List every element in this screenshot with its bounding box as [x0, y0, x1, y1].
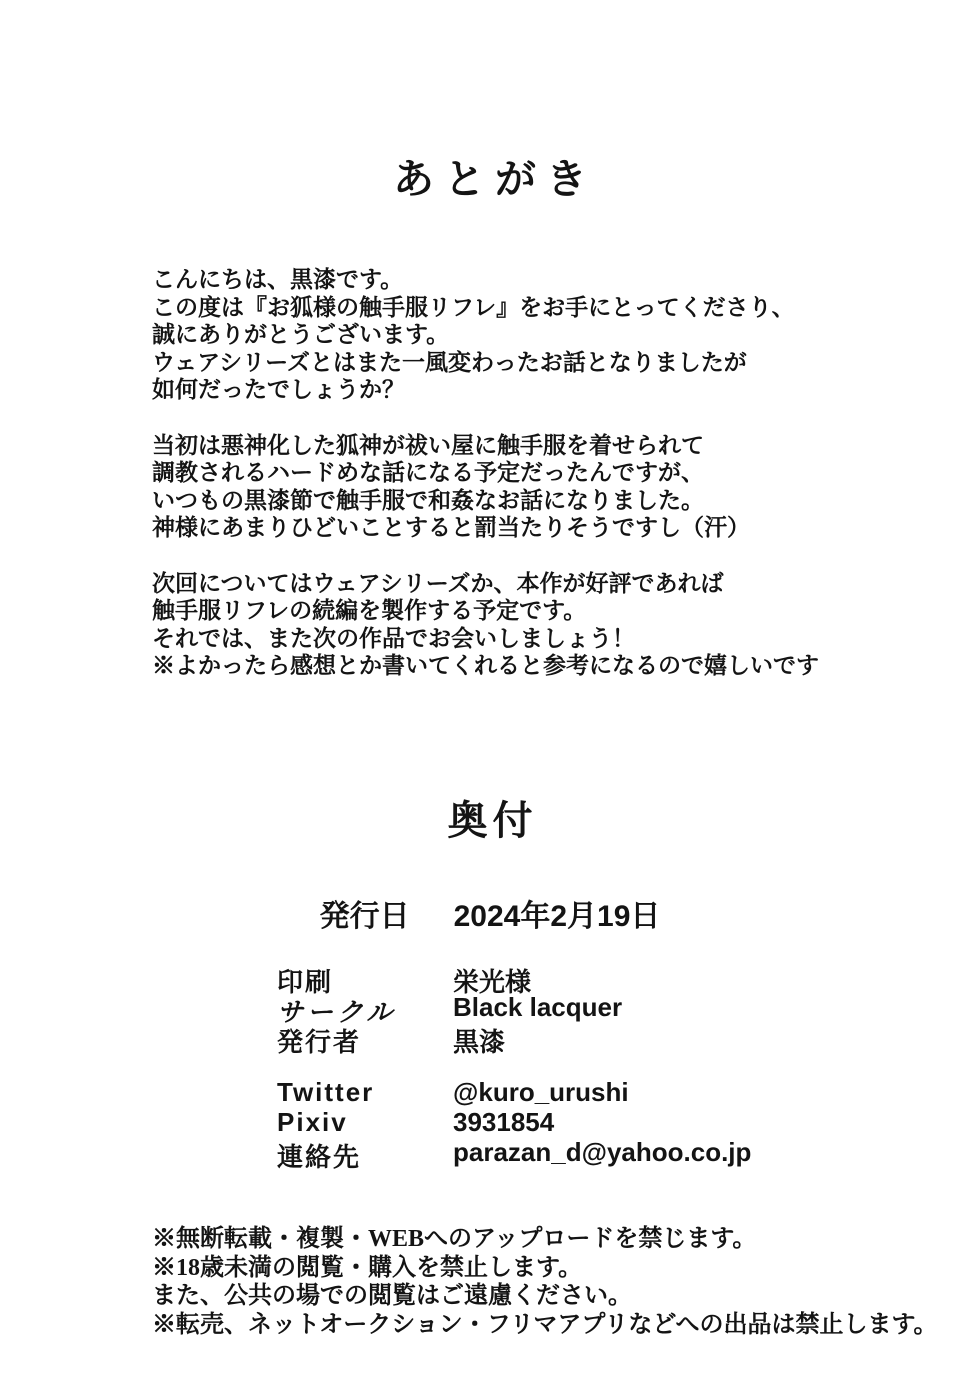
afterword-body: こんにちは、黒漆です。この度は『お狐様の触手服リフレ』をお手にとってくださり、誠…: [152, 266, 932, 680]
credit-value: 黒漆: [453, 1022, 505, 1059]
afterword-title: あとがき: [0, 146, 980, 205]
body-text-line: 次回についてはウェアシリーズか、本作が好評であれば: [152, 570, 932, 598]
contact-label: 連絡先: [277, 1137, 453, 1174]
afterword-paragraph-2: 当初は悪神化した狐神が祓い屋に触手服を着せられて調教されるハードめな話になる予定…: [152, 432, 932, 542]
contacts-list: Twitter @kuro_urushi Pixiv 3931854 連絡先 p…: [277, 1077, 751, 1167]
contact-value: @kuro_urushi: [453, 1077, 629, 1108]
contact-value: 3931854: [453, 1107, 554, 1138]
contact-label: Twitter: [277, 1077, 453, 1108]
publication-date-row: 発行日 2024年2月19日: [0, 891, 980, 935]
publication-date-value: 2024年2月19日: [454, 891, 661, 935]
contact-row: Twitter @kuro_urushi: [277, 1077, 751, 1107]
contact-label: Pixiv: [277, 1107, 453, 1138]
body-text-line: 当初は悪神化した狐神が祓い屋に触手服を着せられて: [152, 432, 932, 460]
body-text-line: この度は『お狐様の触手服リフレ』をお手にとってくださり、: [152, 294, 932, 322]
contact-value: parazan_d@yahoo.co.jp: [453, 1137, 751, 1168]
body-text-line: 誠にありがとうございます。: [152, 321, 932, 349]
credit-row: 発行者 黒漆: [277, 1022, 622, 1052]
notice-line: ※無断転載・複製・WEBへのアップロードを禁じます。: [152, 1225, 942, 1254]
notice-line: ※18歳未満の閲覧・購入を禁止します。: [152, 1254, 942, 1283]
credit-row: 印刷 栄光様: [277, 962, 622, 992]
notice-line: ※転売、ネットオークション・フリマアプリなどへの出品は禁止します。: [152, 1311, 942, 1340]
body-text-line: 調教されるハードめな話になる予定だったんですが、: [152, 459, 932, 487]
body-text-line: 如何だったでしょうか？: [152, 376, 932, 404]
credit-value: Black lacquer: [453, 992, 622, 1023]
body-text-line: ウェアシリーズとはまた一風変わったお話となりましたが: [152, 349, 932, 377]
afterword-paragraph-3: 次回についてはウェアシリーズか、本作が好評であれば触手服リフレの続編を製作する予…: [152, 570, 932, 680]
credit-label: 発行者: [277, 1022, 453, 1059]
publication-date-label: 発行日: [320, 891, 410, 935]
colophon-title: 奥付: [0, 789, 980, 846]
body-text-line: こんにちは、黒漆です。: [152, 266, 932, 294]
body-text-line: いつもの黒漆節で触手服で和姦なお話になりました。: [152, 487, 932, 515]
body-text-line: それでは、また次の作品でお会いしましょう！: [152, 625, 932, 653]
notice-line: また、公共の場での閲覧はご遠慮ください。: [152, 1282, 942, 1311]
body-text-line: 神様にあまりひどいことすると罰当たりそうですし（汗）: [152, 514, 932, 542]
body-text-line: ※よかったら感想とか書いてくれると参考になるので嬉しいです: [152, 652, 932, 680]
afterword-paragraph-1: こんにちは、黒漆です。この度は『お狐様の触手服リフレ』をお手にとってくださり、誠…: [152, 266, 932, 404]
legal-notices: ※無断転載・複製・WEBへのアップロードを禁じます。※18歳未満の閲覧・購入を禁…: [152, 1225, 942, 1339]
body-text-line: 触手服リフレの続編を製作する予定です。: [152, 597, 932, 625]
contact-row: Pixiv 3931854: [277, 1107, 751, 1137]
credit-row: サークル Black lacquer: [277, 992, 622, 1022]
contact-row: 連絡先 parazan_d@yahoo.co.jp: [277, 1137, 751, 1167]
credits-list: 印刷 栄光様 サークル Black lacquer 発行者 黒漆: [277, 962, 622, 1052]
afterword-page: あとがき こんにちは、黒漆です。この度は『お狐様の触手服リフレ』をお手にとってく…: [0, 0, 980, 1383]
